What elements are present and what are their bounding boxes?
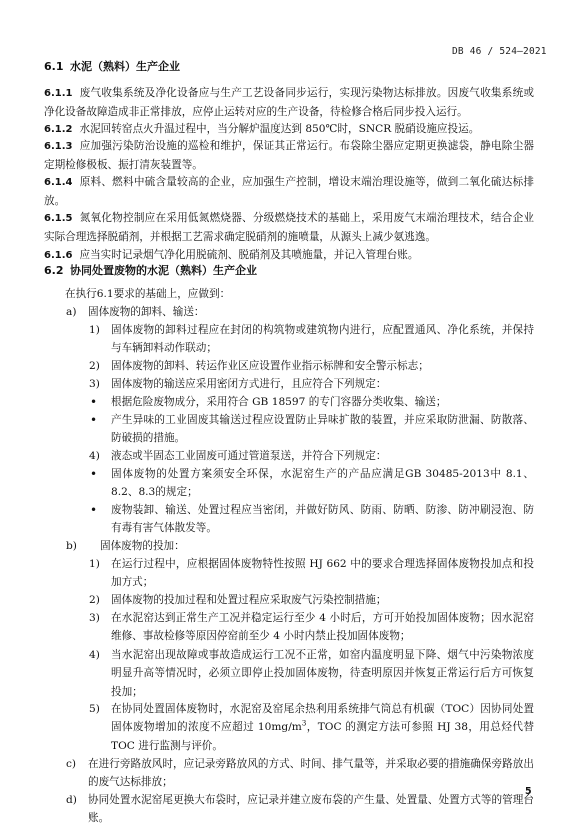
section-heading-6-1: 6.1水泥（熟料）生产企业 xyxy=(44,60,180,74)
list-marker-a: a) xyxy=(66,303,76,321)
list-title-b: 固体废物的投加： xyxy=(100,537,534,555)
clause-text: 氮氧化物控制应在采用低氮燃烧器、分级燃烧技术的基础上，采用废气末端治理技术，结合… xyxy=(44,212,534,243)
list-marker: 3) xyxy=(89,609,100,627)
list-marker-d: d) xyxy=(66,791,77,809)
clause-6-1-4: 6.1.4原料、燃料中硫含量较高的企业，应加强生产控制，增设末端治理设施等，做到… xyxy=(44,173,534,211)
bullet-icon: • xyxy=(90,411,97,429)
list-marker-b: b) xyxy=(66,537,77,555)
clause-6-1-1: 6.1.1废气收集系统及净化设备应与生产工艺设备同步运行，实现污染物达标排放。因… xyxy=(44,84,534,122)
clause-text: 废气收集系统及净化设备应与生产工艺设备同步运行，实现污染物达标排放。因废气收集系… xyxy=(44,87,534,118)
list-item: 固体废物的输送应采用密闭方式进行，且应符合下列规定： xyxy=(111,375,534,393)
bullet-icon: • xyxy=(90,501,97,519)
page-number: 5 xyxy=(525,786,532,797)
clause-number: 6.1.3 xyxy=(44,141,72,152)
clause-6-1-3: 6.1.3应加强污染防治设施的巡检和维护，保证其正常运行。布袋除尘器应定期更换滤… xyxy=(44,137,534,175)
section-intro: 在执行6.1要求的基础上，应做到： xyxy=(65,285,534,303)
list-item-d: 协同处置水泥窑尾更换大布袋时，应记录并建立废布袋的产生量、处置量、处置方式等的管… xyxy=(88,791,534,824)
list-item: 液态或半固态工业固废可通过管道泵送，并符合下列规定： xyxy=(111,447,534,465)
list-marker: 2) xyxy=(89,357,100,375)
list-item: 在运行过程中，应根据固体废物特性按照 HJ 662 中的要求合理选择固体废物投加… xyxy=(111,555,534,592)
list-item: 产生异味的工业固废其输送过程应设置防止异味扩散的装置，并应采取防泄漏、防散落、防… xyxy=(111,411,534,448)
section-number: 6.2 xyxy=(44,264,70,278)
list-marker: 3) xyxy=(89,375,100,393)
clause-6-1-6: 6.1.6应当实时记录烟气净化用脱硫剂、脱硝剂及其喷施量，并记入管理台账。 xyxy=(44,246,534,265)
list-item: 在水泥窑达到正常生产工况并稳定运行至少 4 小时后，方可开始投加固体废物；因水泥… xyxy=(111,609,534,646)
clause-text: 应当实时记录烟气净化用脱硫剂、脱硝剂及其喷施量，并记入管理台账。 xyxy=(79,249,418,261)
clause-number: 6.1.4 xyxy=(44,177,72,188)
list-item: 固体废物的处置方案须安全环保，水泥窑生产的产品应满足GB 30485-2013中… xyxy=(111,465,534,502)
clause-6-1-5: 6.1.5氮氧化物控制应在采用低氮燃烧器、分级燃烧技术的基础上，采用废气末端治理… xyxy=(44,209,534,247)
list-item: 固体废物的卸料、转运作业区应设置作业指示标牌和安全警示标志； xyxy=(111,357,534,375)
clause-number: 6.1.2 xyxy=(44,124,72,135)
list-item: 当水泥窑出现故障或事故造成运行工况不正常，如窑内温度明显下降、烟气中污染物浓度明… xyxy=(111,646,534,701)
clause-number: 6.1.1 xyxy=(44,88,72,99)
bullet-icon: • xyxy=(90,465,97,483)
clause-text: 水泥回转窑点火升温过程中，当分解炉温度达到 850℃时，SNCR 脱硝设施应投运… xyxy=(79,123,479,135)
clause-text: 应加强污染防治设施的巡检和维护，保证其正常运行。布袋除尘器应定期更换滤袋，静电除… xyxy=(44,140,534,171)
list-item: 固体废物的投加过程和处置过程应采取废气污染控制措施； xyxy=(111,591,534,609)
list-marker: 2) xyxy=(89,591,100,609)
section-title: 协同处置废物的水泥（熟料）生产企业 xyxy=(70,264,257,277)
list-marker: 1) xyxy=(89,321,100,339)
list-marker: 4) xyxy=(89,447,100,465)
list-item: 在协同处置固体废物时，水泥窑及窑尾余热利用系统排气筒总有机碳（TOC）因协同处置… xyxy=(111,700,534,755)
section-heading-6-2: 6.2协同处置废物的水泥（熟料）生产企业 xyxy=(44,264,257,278)
list-marker: 4) xyxy=(89,646,100,664)
clause-number: 6.1.5 xyxy=(44,213,72,224)
bullet-icon: • xyxy=(90,393,97,411)
section-title: 水泥（熟料）生产企业 xyxy=(70,60,180,73)
section-number: 6.1 xyxy=(44,60,70,74)
list-title-a: 固体废物的卸料、输送： xyxy=(88,303,534,321)
list-item-c: 在进行旁路放风时，应记录旁路放风的方式、时间、排气量等，并采取必要的措施确保旁路… xyxy=(88,755,534,792)
document-code-header: DB 46 / 524—2021 xyxy=(452,46,547,57)
list-marker-c: c) xyxy=(66,755,76,773)
clause-text: 原料、燃料中硫含量较高的企业，应加强生产控制，增设末端治理设施等，做到二氧化硫达… xyxy=(44,176,534,207)
list-item: 根据危险废物成分，采用符合 GB 18597 的专门容器分类收集、输送； xyxy=(111,393,534,411)
clause-number: 6.1.6 xyxy=(44,250,72,261)
list-marker: 5) xyxy=(89,700,100,718)
list-item: 固体废物的卸料过程应在封闭的构筑物或建筑物内进行，应配置通风、净化系统，并保持与… xyxy=(111,321,534,358)
list-marker: 1) xyxy=(89,555,100,573)
list-item: 废物装卸、输送、处置过程应当密闭，并做好防风、防雨、防晒、防渗、防冲刷浸泡、防有… xyxy=(111,501,534,538)
